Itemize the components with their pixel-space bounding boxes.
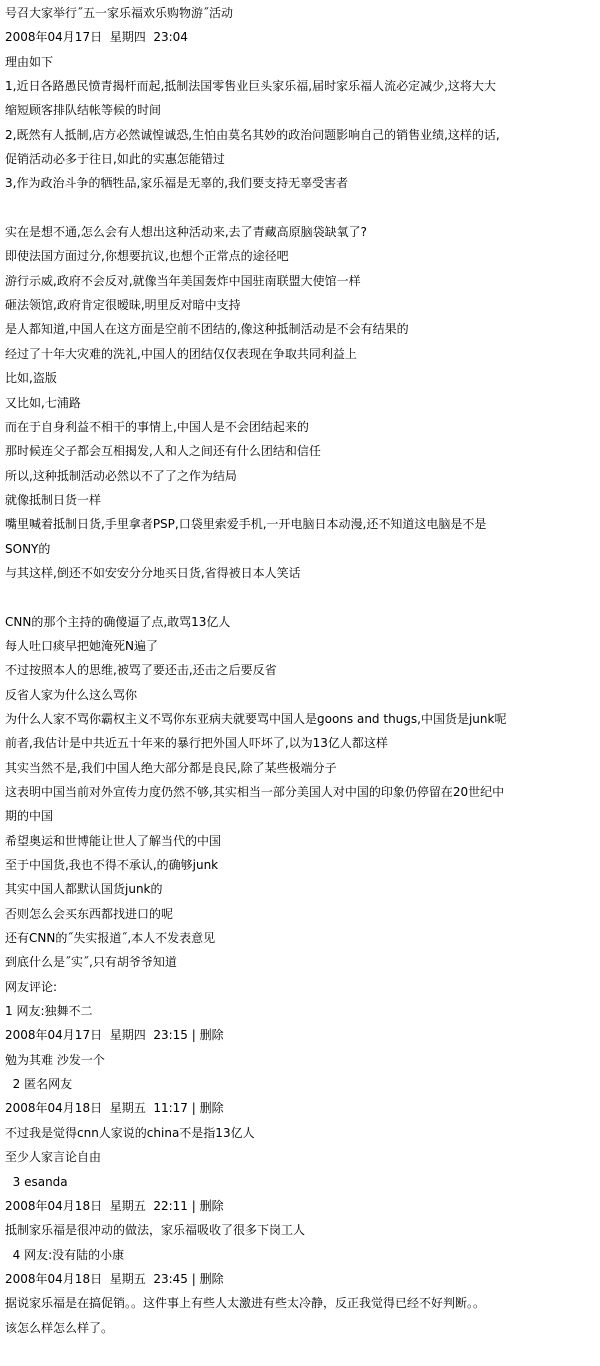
body-line: 否则怎么会买东西都找进口的呢: [5, 902, 600, 926]
body-line: 促销活动必多于往日,如此的实惠怎能错过: [5, 147, 600, 171]
comment-text: 勉为其难 沙发一个: [5, 1048, 600, 1072]
body-line: SONY的: [5, 537, 600, 561]
paragraph-spacer: [5, 196, 600, 220]
body-line: 为什么人家不骂你霸权主义不骂你东亚病夫就要骂中国人是goons and thug…: [5, 707, 600, 731]
comments-heading: 网友评论:: [5, 975, 600, 999]
post-title: 号召大家举行˝五一家乐福欢乐购物游˝活动: [5, 1, 600, 25]
comment-meta: 2008年04月18日 星期五 22:11 | 删除: [5, 1194, 600, 1218]
comment-meta: 2008年04月17日 星期四 23:15 | 删除: [5, 1023, 600, 1047]
body-line: 反省人家为什么这么骂你: [5, 683, 600, 707]
body-line: 3,作为政治斗争的牺牲品,家乐福是无辜的,我们要支持无辜受害者: [5, 171, 600, 195]
body-line: 嘴里喊着抵制日货,手里拿者PSP,口袋里索爱手机,一开电脑日本动漫,还不知道这电…: [5, 512, 600, 536]
body-line: 其实中国人都默认国货junk的: [5, 877, 600, 901]
body-line: 缩短顾客排队结帐等候的时间: [5, 98, 600, 122]
comment-item: 4 网友:没有陆的小康 2008年04月18日 星期五 23:45 | 删除 据…: [5, 1243, 600, 1340]
body-line: 砸法领馆,政府肯定很暧昧,明里反对暗中支持: [5, 293, 600, 317]
comment-text: 据说家乐福是在搞促销。。这件事上有些人太激进有些太冷静，反正我觉得已经不好判断。…: [5, 1291, 600, 1315]
body-line: 比如,盗版: [5, 366, 600, 390]
post-body-section-1: 理由如下 1,近日各路愚民愤青揭杆而起,抵制法国零售业巨头家乐福,届时家乐福人流…: [5, 50, 600, 196]
body-line: 还有CNN的˝失实报道˝,本人不发表意见: [5, 926, 600, 950]
body-line: 理由如下: [5, 50, 600, 74]
body-line: 到底什么是˝实˝,只有胡爷爷知道: [5, 950, 600, 974]
comment-author: 4 网友:没有陆的小康: [5, 1243, 600, 1267]
body-line: 这表明中国当前对外宣传力度仍然不够,其实相当一部分美国人对中国的印象仍停留在20…: [5, 780, 600, 804]
comment-text: 至少人家言论自由: [5, 1145, 600, 1169]
body-line: 即使法国方面过分,你想要抗议,也想个正常点的途径吧: [5, 244, 600, 268]
body-line: 是人都知道,中国人在这方面是空前不团结的,像这种抵制活动是不会有结果的: [5, 317, 600, 341]
paragraph-spacer: [5, 585, 600, 609]
body-line: 那时候连父子都会互相揭发,人和人之间还有什么团结和信任: [5, 439, 600, 463]
comment-author: 2 匿名网友: [5, 1072, 600, 1096]
blog-document: 号召大家举行˝五一家乐福欢乐购物游˝活动 2008年04月17日 星期四 23:…: [0, 0, 600, 1340]
body-line: 就像抵制日货一样: [5, 488, 600, 512]
comment-meta: 2008年04月18日 星期五 23:45 | 删除: [5, 1267, 600, 1291]
comment-author: 1 网友:独舞不二: [5, 999, 600, 1023]
body-line: 不过按照本人的思维,被骂了要还击,还击之后要反省: [5, 658, 600, 682]
post-body-section-2: 实在是想不通,怎么会有人想出这种活动来,去了青藏高原脑袋缺氧了? 即使法国方面过…: [5, 220, 600, 585]
body-line: 希望奥运和世博能让世人了解当代的中国: [5, 829, 600, 853]
comment-date: 2008年04月18日 星期五 11:17: [5, 1101, 188, 1115]
body-line: CNN的那个主持的确傻逼了点,敢骂13亿人: [5, 610, 600, 634]
comment-date: 2008年04月18日 星期五 22:11: [5, 1199, 188, 1213]
separator: |: [192, 1101, 196, 1115]
body-line: 至于中国货,我也不得不承认,的确够junk: [5, 853, 600, 877]
body-line: 其实当然不是,我们中国人绝大部分都是良民,除了某些极端分子: [5, 756, 600, 780]
body-line: 而在于自身利益不相干的事情上,中国人是不会团结起来的: [5, 415, 600, 439]
comment-date: 2008年04月17日 星期四 23:15: [5, 1028, 188, 1042]
separator: |: [192, 1199, 196, 1213]
comment-item: 2 匿名网友 2008年04月18日 星期五 11:17 | 删除 不过我是觉得…: [5, 1072, 600, 1169]
body-line: 经过了十年大灾难的洗礼,中国人的团结仅仅表现在争取共同利益上: [5, 342, 600, 366]
comment-text: 该怎么样怎么样了。: [5, 1316, 600, 1340]
body-line: 游行示威,政府不会反对,就像当年美国轰炸中国驻南联盟大使馆一样: [5, 269, 600, 293]
delete-comment-link[interactable]: 删除: [200, 1199, 224, 1213]
separator: |: [192, 1272, 196, 1286]
comment-text: 不过我是觉得cnn人家说的china不是指13亿人: [5, 1121, 600, 1145]
comment-date: 2008年04月18日 星期五 23:45: [5, 1272, 188, 1286]
post-date: 2008年04月17日 星期四 23:04: [5, 25, 600, 49]
body-line: 前者,我估计是中共近五十年来的暴行把外国人吓坏了,以为13亿人都这样: [5, 731, 600, 755]
body-line: 实在是想不通,怎么会有人想出这种活动来,去了青藏高原脑袋缺氧了?: [5, 220, 600, 244]
body-line: 期的中国: [5, 804, 600, 828]
body-line: 所以,这种抵制活动必然以不了了之作为结局: [5, 464, 600, 488]
delete-comment-link[interactable]: 删除: [200, 1101, 224, 1115]
delete-comment-link[interactable]: 删除: [200, 1028, 224, 1042]
comment-item: 3 esanda 2008年04月18日 星期五 22:11 | 删除 抵制家乐…: [5, 1170, 600, 1243]
comment-meta: 2008年04月18日 星期五 11:17 | 删除: [5, 1096, 600, 1120]
body-line: 又比如,七浦路: [5, 391, 600, 415]
body-line: 每人吐口痰早把她淹死N遍了: [5, 634, 600, 658]
body-line: 与其这样,倒还不如安安分分地买日货,省得被日本人笑话: [5, 561, 600, 585]
separator: |: [192, 1028, 196, 1042]
comment-item: 1 网友:独舞不二 2008年04月17日 星期四 23:15 | 删除 勉为其…: [5, 999, 600, 1072]
comment-author: 3 esanda: [5, 1170, 600, 1194]
post-body-section-3: CNN的那个主持的确傻逼了点,敢骂13亿人 每人吐口痰早把她淹死N遍了 不过按照…: [5, 610, 600, 975]
body-line: 2,既然有人抵制,店方必然诚惶诚恐,生怕由莫名其妙的政治问题影响自己的销售业绩,…: [5, 123, 600, 147]
delete-comment-link[interactable]: 删除: [200, 1272, 224, 1286]
comment-text: 抵制家乐福是很冲动的做法，家乐福吸收了很多下岗工人: [5, 1218, 600, 1242]
body-line: 1,近日各路愚民愤青揭杆而起,抵制法国零售业巨头家乐福,届时家乐福人流必定减少,…: [5, 74, 600, 98]
